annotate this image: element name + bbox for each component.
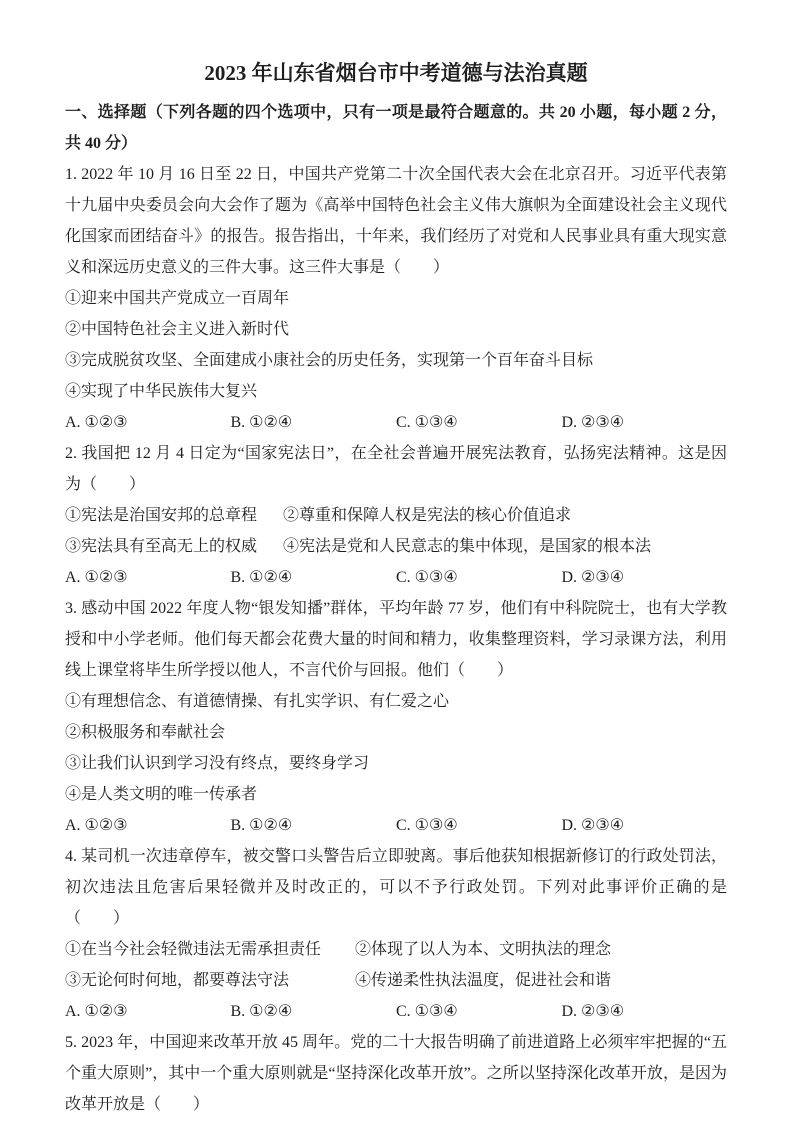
question-2-item-3: ③宪法具有至高无上的权威 xyxy=(65,531,283,562)
question-4-item-1: ①在当今社会轻微违法无需承担责任 xyxy=(65,934,355,965)
question-4-item-2: ②体现了以人为本、文明执法的理念 xyxy=(355,934,727,965)
question-3-options-row: A. ①②③ B. ①②④ C. ①③④ D. ②③④ xyxy=(65,810,727,841)
question-1-option-d: D. ②③④ xyxy=(562,407,728,438)
question-block-3: 3. 感动中国 2022 年度人物“银发知播”群体，平均年龄 77 岁，他们有中… xyxy=(65,593,727,841)
question-3-item-2: ②积极服务和奉献社会 xyxy=(65,717,727,748)
question-3-option-c: C. ①③④ xyxy=(396,810,562,841)
question-1-item-2: ②中国特色社会主义进入新时代 xyxy=(65,314,727,345)
question-4-items-row-2: ③无论何时何地，都要尊法守法 ④传递柔性执法温度，促进社会和谐 xyxy=(65,965,727,996)
question-3-item-1: ①有理想信念、有道德情操、有扎实学识、有仁爱之心 xyxy=(65,686,727,717)
question-2-option-a: A. ①②③ xyxy=(65,562,231,593)
question-1-option-c: C. ①③④ xyxy=(396,407,562,438)
question-4-option-c: C. ①③④ xyxy=(396,996,562,1027)
question-1-item-3: ③完成脱贫攻坚、全面建成小康社会的历史任务，实现第一个百年奋斗目标 xyxy=(65,345,727,376)
page-title: 2023 年山东省烟台市中考道德与法治真题 xyxy=(65,56,727,90)
question-2-item-1: ①宪法是治国安邦的总章程 xyxy=(65,500,283,531)
question-4-item-4: ④传递柔性执法温度，促进社会和谐 xyxy=(355,965,727,996)
question-2-item-4: ④宪法是党和人民意志的集中体现，是国家的根本法 xyxy=(283,531,727,562)
question-4-stem: 4. 某司机一次违章停车，被交警口头警告后立即驶离。事后他获知根据新修订的行政处… xyxy=(65,841,727,934)
question-4-items-row-1: ①在当今社会轻微违法无需承担责任 ②体现了以人为本、文明执法的理念 xyxy=(65,934,727,965)
question-3-option-b: B. ①②④ xyxy=(231,810,397,841)
question-1-options-row: A. ①②③ B. ①②④ C. ①③④ D. ②③④ xyxy=(65,407,727,438)
question-5-stem: 5. 2023 年，中国迎来改革开放 45 周年。党的二十大报告明确了前进道路上… xyxy=(65,1027,727,1120)
question-3-item-4: ④是人类文明的唯一传承者 xyxy=(65,779,727,810)
question-4-option-a: A. ①②③ xyxy=(65,996,231,1027)
question-3-option-a: A. ①②③ xyxy=(65,810,231,841)
question-block-5: 5. 2023 年，中国迎来改革开放 45 周年。党的二十大报告明确了前进道路上… xyxy=(65,1027,727,1120)
question-block-4: 4. 某司机一次违章停车，被交警口头警告后立即驶离。事后他获知根据新修订的行政处… xyxy=(65,841,727,1027)
question-1-option-a: A. ①②③ xyxy=(65,407,231,438)
question-2-items-row-2: ③宪法具有至高无上的权威 ④宪法是党和人民意志的集中体现，是国家的根本法 xyxy=(65,531,727,562)
question-block-1: 1. 2022 年 10 月 16 日至 22 日，中国共产党第二十次全国代表大… xyxy=(65,159,727,438)
question-1-item-1: ①迎来中国共产党成立一百周年 xyxy=(65,283,727,314)
question-3-option-d: D. ②③④ xyxy=(562,810,728,841)
question-2-items-row-1: ①宪法是治国安邦的总章程 ②尊重和保障人权是宪法的核心价值追求 xyxy=(65,500,727,531)
question-2-item-2: ②尊重和保障人权是宪法的核心价值追求 xyxy=(283,500,727,531)
question-2-options-row: A. ①②③ B. ①②④ C. ①③④ D. ②③④ xyxy=(65,562,727,593)
question-2-option-b: B. ①②④ xyxy=(231,562,397,593)
question-4-option-b: B. ①②④ xyxy=(231,996,397,1027)
section-header: 一、选择题（下列各题的四个选项中，只有一项是最符合题意的。共 20 小题，每小题… xyxy=(65,97,727,159)
question-2-option-d: D. ②③④ xyxy=(562,562,728,593)
question-1-stem: 1. 2022 年 10 月 16 日至 22 日，中国共产党第二十次全国代表大… xyxy=(65,159,727,283)
question-block-2: 2. 我国把 12 月 4 日定为“国家宪法日”，在全社会普遍开展宪法教育，弘扬… xyxy=(65,438,727,593)
question-1-option-b: B. ①②④ xyxy=(231,407,397,438)
question-3-item-3: ③让我们认识到学习没有终点，要终身学习 xyxy=(65,748,727,779)
question-3-stem: 3. 感动中国 2022 年度人物“银发知播”群体，平均年龄 77 岁，他们有中… xyxy=(65,593,727,686)
exam-page: 2023 年山东省烟台市中考道德与法治真题 一、选择题（下列各题的四个选项中，只… xyxy=(0,0,793,1122)
question-1-item-4: ④实现了中华民族伟大复兴 xyxy=(65,376,727,407)
question-4-option-d: D. ②③④ xyxy=(562,996,728,1027)
question-4-item-3: ③无论何时何地，都要尊法守法 xyxy=(65,965,355,996)
question-4-options-row: A. ①②③ B. ①②④ C. ①③④ D. ②③④ xyxy=(65,996,727,1027)
question-2-option-c: C. ①③④ xyxy=(396,562,562,593)
question-2-stem: 2. 我国把 12 月 4 日定为“国家宪法日”，在全社会普遍开展宪法教育，弘扬… xyxy=(65,438,727,500)
